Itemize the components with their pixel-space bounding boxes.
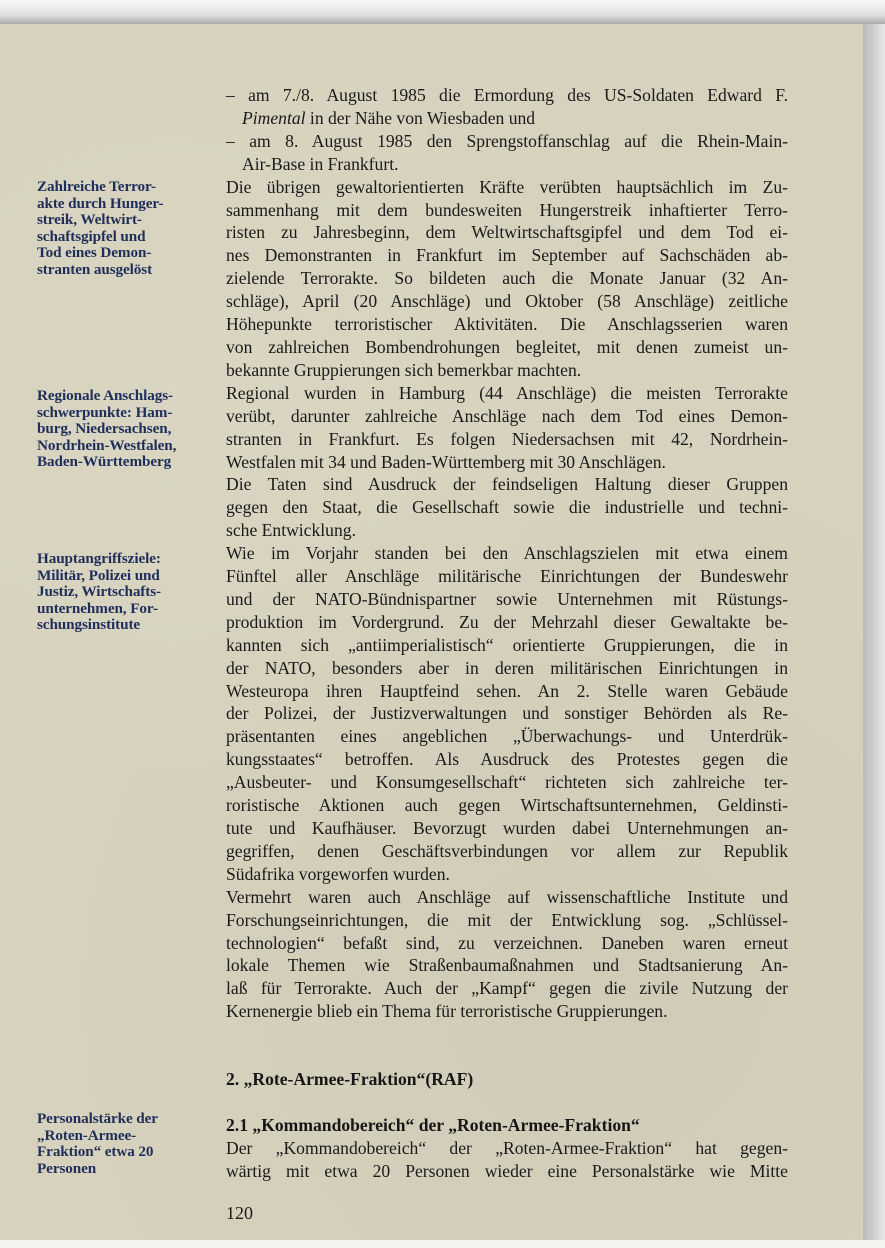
margin-note-line: schungsinstitute <box>37 617 217 634</box>
text-line: schläge), April (20 Anschläge) und Oktob… <box>226 290 788 313</box>
text-line: produktion im Vordergrund. Zu der Mehrza… <box>226 611 788 634</box>
text-line: Höhepunkte terroristischer Aktivitäten. … <box>226 313 788 336</box>
margin-note-line: Militär, Polizei und <box>37 568 217 585</box>
text-line: kungsstaates“ betroffen. Als Ausdruck de… <box>226 748 788 771</box>
paragraph-targets: Wie im Vorjahr standen bei den Anschlags… <box>226 542 788 886</box>
text-line: Der „Kommandobereich“ der „Roten-Armee-F… <box>226 1137 788 1160</box>
text-line: sche Entwicklung. <box>226 519 788 542</box>
text-line: verübt, darunter zahlreiche Anschläge na… <box>226 405 788 428</box>
text-line: Die Taten sind Ausdruck der feindseligen… <box>226 473 788 496</box>
paragraph-terror-overview: Die übrigen gewaltorientierten Kräfte ve… <box>226 176 788 382</box>
text-line: Westeuropa ihren Hauptfeind sehen. An 2.… <box>226 680 788 703</box>
margin-note-line: Personen <box>37 1161 217 1178</box>
margin-note-line: unternehmen, For- <box>37 601 217 618</box>
margin-note-line: streik, Weltwirt- <box>37 212 217 229</box>
text-line: Südafrika vorgeworfen wurden. <box>226 863 788 886</box>
text-line: tute und Kaufhäuser. Bevorzugt wurden da… <box>226 817 788 840</box>
list-item-text: in der Nähe von Wiesbaden und <box>306 108 536 128</box>
text-line: roristische Aktionen auch gegen Wirtscha… <box>226 794 788 817</box>
scan-top-shadow <box>0 0 885 26</box>
margin-note-line: Regionale Anschlags- <box>37 388 217 405</box>
margin-note-line: stranten ausgelöst <box>37 262 217 279</box>
margin-note-line: Personalstärke der <box>37 1111 217 1128</box>
text-line: technologien“ befaßt sind, zu verzeichne… <box>226 932 788 955</box>
margin-note-line: Baden-Württemberg <box>37 454 217 471</box>
section-heading: 2. „Rote-Armee-Fraktion“(RAF) <box>226 1069 473 1090</box>
list-item-line: – am 7./8. August 1985 die Ermordung des… <box>226 84 788 107</box>
margin-note-line: burg, Niedersachsen, <box>37 421 217 438</box>
text-line: präsentanten eines angeblichen „Überwach… <box>226 725 788 748</box>
margin-note-raf-strength: Personalstärke der „Roten-Armee- Fraktio… <box>37 1111 217 1177</box>
text-line: Fünftel aller Anschläge militärische Ein… <box>226 565 788 588</box>
margin-note-regional-focus: Regionale Anschlags- schwerpunkte: Ham- … <box>37 388 217 471</box>
margin-note-line: „Roten-Armee- <box>37 1128 217 1145</box>
margin-note-line: schaftsgipfel und <box>37 229 217 246</box>
text-line: Kernenergie blieb ein Thema für terroris… <box>226 1000 788 1023</box>
list-item-line: Pimental in der Nähe von Wiesbaden und <box>226 107 788 130</box>
paragraph-motives: Die Taten sind Ausdruck der feindseligen… <box>226 473 788 542</box>
scan-bottom-edge <box>0 1240 885 1248</box>
text-line: gegriffen, denen Geschäftsverbindungen v… <box>226 840 788 863</box>
text-line: „Ausbeuter- und Konsumgesellschaft“ rich… <box>226 771 788 794</box>
scan-right-edge <box>863 24 885 1240</box>
margin-note-line: Hauptangriffsziele: <box>37 551 217 568</box>
text-line: stranten in Frankfurt. Es folgen Nieders… <box>226 428 788 451</box>
text-line: Forschungseinrichtungen, die mit der Ent… <box>226 909 788 932</box>
text-line: Vermehrt waren auch Anschläge auf wissen… <box>226 886 788 909</box>
margin-note-line: Justiz, Wirtschafts- <box>37 584 217 601</box>
subsection-heading: 2.1 „Kommandobereich“ der „Roten-Armee-F… <box>226 1115 640 1136</box>
paragraph-research-targets: Vermehrt waren auch Anschläge auf wissen… <box>226 886 788 1023</box>
text-line: laß für Terrorakte. Auch der „Kampf“ geg… <box>226 977 788 1000</box>
text-line: gegen den Staat, die Gesellschaft sowie … <box>226 496 788 519</box>
list-item-line: Air-Base in Frankfurt. <box>226 153 788 176</box>
text-line: Westfalen mit 34 und Baden-Württemberg m… <box>226 451 788 474</box>
text-line: der NATO, besonders aber in deren militä… <box>226 657 788 680</box>
text-line: Regional wurden in Hamburg (44 Anschläge… <box>226 382 788 405</box>
text-line: von zahlreichen Bombendrohungen begleite… <box>226 336 788 359</box>
margin-note-line: akte durch Hunger- <box>37 196 217 213</box>
text-line: risten zu Jahresbeginn, dem Weltwirtscha… <box>226 221 788 244</box>
list-item-line: – am 8. August 1985 den Sprengstoffansch… <box>226 130 788 153</box>
margin-note-line: schwerpunkte: Ham- <box>37 405 217 422</box>
text-line: Die übrigen gewaltorientierten Kräfte ve… <box>226 176 788 199</box>
page-number: 120 <box>226 1203 253 1224</box>
text-line: bekannte Gruppierungen sich bemerkbar ma… <box>226 359 788 382</box>
margin-note-line: Fraktion“ etwa 20 <box>37 1144 217 1161</box>
text-line: der Polizei, der Justizverwaltungen und … <box>226 702 788 725</box>
paragraph-regional: Regional wurden in Hamburg (44 Anschläge… <box>226 382 788 474</box>
text-line: nes Demonstranten in Frankfurt im Septem… <box>226 244 788 267</box>
margin-note-terror-acts: Zahlreiche Terror- akte durch Hunger- st… <box>37 179 217 279</box>
text-line: zielende Terrorakte. So bildeten auch di… <box>226 267 788 290</box>
margin-note-main-targets: Hauptangriffsziele: Militär, Polizei und… <box>37 551 217 634</box>
text-line: und der NATO-Bündnispartner sowie Untern… <box>226 588 788 611</box>
text-line: wärtig mit etwa 20 Personen wieder eine … <box>226 1160 788 1183</box>
margin-note-line: Zahlreiche Terror- <box>37 179 217 196</box>
name-italic: Pimental <box>242 108 306 128</box>
margin-note-line: Nordrhein-Westfalen, <box>37 438 217 455</box>
main-text-column: – am 7./8. August 1985 die Ermordung des… <box>226 84 788 1023</box>
text-line: sammenhang mit dem bundesweiten Hungerst… <box>226 199 788 222</box>
subsection-text: Der „Kommandobereich“ der „Roten-Armee-F… <box>226 1137 788 1183</box>
text-line: kannten sich „antiimperialistisch“ orien… <box>226 634 788 657</box>
margin-note-line: Tod eines Demon- <box>37 245 217 262</box>
text-line: lokale Themen wie Straßenbaumaßnahmen un… <box>226 954 788 977</box>
text-line: Wie im Vorjahr standen bei den Anschlags… <box>226 542 788 565</box>
